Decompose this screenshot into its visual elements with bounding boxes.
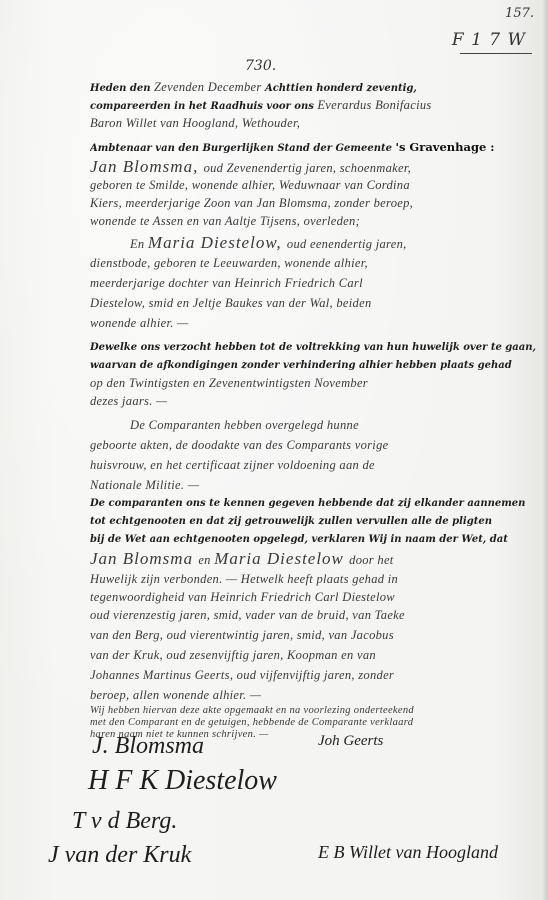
handwritten-text: Johannes Martinus Geerts, oud vijfenvijf… — [90, 668, 394, 682]
handwritten-text: Kiers, meerderjarige Zoon van Jan Blomsm… — [90, 196, 413, 210]
record-line: Diestelow, smid en Jeltje Baukes van der… — [90, 296, 538, 311]
record-line: wonende alhier. — — [90, 316, 538, 331]
record-line: tot echtgenooten en dat zij getrouwelijk… — [90, 514, 538, 529]
record-line: van den Berg, oud vierentwintig jaren, s… — [90, 628, 538, 643]
record-line: Huwelijk zijn verbonden. — Hetwelk heeft… — [90, 572, 538, 587]
signature-witness-berg: T v d Berg. — [72, 808, 177, 835]
record-line: bij de Wet aan echtgenooten opgelegd, ve… — [90, 532, 538, 547]
signature-witness-father: H F K Diestelow — [88, 765, 277, 797]
printed-text: tot echtgenooten en dat zij getrouwelijk… — [90, 516, 492, 527]
handwritten-text: Maria Diestelow — [214, 552, 349, 568]
handwritten-text: Wij hebben hiervan deze akte opgemaakt e… — [90, 705, 414, 716]
record-line: Dewelke ons verzocht hebben tot de voltr… — [90, 340, 538, 355]
handwritten-text: Nationale Militie. — — [90, 478, 199, 492]
signature-witness-geerts: Joh Geerts — [318, 733, 383, 750]
record-line: Baron Willet van Hoogland, Wethouder, — [90, 116, 538, 131]
printed-text: Dewelke ons verzocht hebben tot de voltr… — [90, 342, 536, 353]
record-line: geboren te Smilde, wonende alhier, Weduw… — [90, 178, 538, 193]
record-line: dienstbode, geboren te Leeuwarden, wonen… — [90, 256, 538, 271]
record-line: wonende te Assen en van Aaltje Tijsens, … — [90, 214, 538, 229]
record-line: tegenwoordigheid van Heinrich Friedrich … — [90, 590, 538, 605]
handwritten-text: Baron Willet van Hoogland, Wethouder, — [90, 116, 300, 130]
record-line: meerderjarige dochter van Heinrich Fried… — [90, 276, 538, 291]
record-line: oud vierenzestig jaren, smid, vader van … — [90, 608, 538, 623]
handwritten-text: wonende te Assen en van Aaltje Tijsens, … — [90, 214, 360, 228]
folio-number: 157. — [505, 6, 534, 21]
record-line: Ambtenaar van den Burgerlijken Stand der… — [90, 140, 538, 156]
printed-text: De comparanten ons te kennen gegeven heb… — [90, 498, 525, 509]
document-page: 157. F 1 7 W 730. Heden den Zevenden Dec… — [0, 0, 548, 900]
handwritten-text: meerderjarige dochter van Heinrich Fried… — [90, 276, 363, 290]
handwritten-text: Huwelijk zijn verbonden. — Hetwelk heeft… — [90, 572, 398, 586]
municipality-name: 's Gravenhage : — [395, 140, 494, 154]
handwritten-text: huisvrouw, en het certificaat zijner vol… — [90, 458, 375, 472]
handwritten-text: Jan Blomsma — [90, 552, 198, 568]
handwritten-text: Jan Blomsma, — [90, 160, 204, 176]
handwritten-text: Zevenden December — [154, 80, 265, 94]
signature-registrar: E B Willet van Hoogland — [318, 842, 498, 863]
handwritten-text: Diestelow, smid en Jeltje Baukes van der… — [90, 296, 372, 310]
record-line: Jan Blomsma, oud Zevenendertig jaren, sc… — [90, 160, 538, 176]
handwritten-text: Maria Diestelow, — [148, 236, 287, 252]
act-number: 730. — [245, 58, 276, 74]
record-line: Kiers, meerderjarige Zoon van Jan Blomsm… — [90, 196, 538, 211]
record-line: beroep, allen wonende alhier. — — [90, 688, 538, 703]
handwritten-text: Everardus Bonifacius — [317, 98, 431, 112]
handwritten-text: met den Comparant en de getuigen, hebben… — [90, 717, 413, 728]
handwritten-text: oud eenendertig jaren, — [287, 237, 407, 251]
handwritten-text: van der Kruk, oud zesenvijftig jaren, Ko… — [90, 648, 376, 662]
record-line: Johannes Martinus Geerts, oud vijfenvijf… — [90, 668, 538, 683]
handwritten-text: De Comparanten hebben overgelegd hunne — [130, 418, 359, 432]
handwritten-text: op den Twintigsten en Zevenentwintigsten… — [90, 376, 368, 390]
handwritten-text: En — [130, 237, 148, 251]
handwritten-text: geboren te Smilde, wonende alhier, Weduw… — [90, 178, 410, 192]
record-line: waarvan de afkondigingen zonder verhinde… — [90, 358, 538, 373]
handwritten-text: geboorte akten, de doodakte van des Comp… — [90, 438, 388, 452]
page-edge-shadow — [542, 0, 548, 900]
record-line: geboorte akten, de doodakte van des Comp… — [90, 438, 538, 453]
handwritten-text: oud vierenzestig jaren, smid, vader van … — [90, 608, 405, 622]
record-line: op den Twintigsten en Zevenentwintigsten… — [90, 376, 538, 391]
folio-mark: F 1 7 W — [452, 30, 526, 50]
handwritten-text: dienstbode, geboren te Leeuwarden, wonen… — [90, 256, 368, 270]
printed-text: Achttien honderd zeventig, — [265, 83, 417, 94]
record-line: De comparanten ons te kennen gegeven heb… — [90, 496, 538, 511]
record-line: De Comparanten hebben overgelegd hunne — [90, 418, 538, 433]
handwritten-text: van den Berg, oud vierentwintig jaren, s… — [90, 628, 394, 642]
record-line: Heden den Zevenden December Achttien hon… — [90, 80, 538, 96]
record-line: Jan Blomsma en Maria Diestelow door het — [90, 552, 538, 568]
record-line: huisvrouw, en het certificaat zijner vol… — [90, 458, 538, 473]
handwritten-text: dezes jaars. — — [90, 394, 167, 408]
record-line: van der Kruk, oud zesenvijftig jaren, Ko… — [90, 648, 538, 663]
record-line: Nationale Militie. — — [90, 478, 538, 493]
handwritten-text: oud Zevenendertig jaren, schoenmaker, — [204, 161, 411, 175]
printed-text: compareerden in het Raadhuis voor ons — [90, 101, 317, 112]
record-line: En Maria Diestelow, oud eenendertig jare… — [90, 236, 538, 252]
handwritten-text: en — [198, 553, 214, 567]
handwritten-text: wonende alhier. — — [90, 316, 189, 330]
printed-text: Heden den — [90, 83, 154, 94]
record-line: dezes jaars. — — [90, 394, 538, 409]
signature-witness-kruk: J van der Kruk — [48, 842, 191, 869]
printed-text: Ambtenaar van den Burgerlijken Stand der… — [90, 143, 395, 154]
printed-text: waarvan de afkondigingen zonder verhinde… — [90, 360, 512, 371]
handwritten-text: beroep, allen wonende alhier. — — [90, 688, 261, 702]
handwritten-text: tegenwoordigheid van Heinrich Friedrich … — [90, 590, 395, 604]
printed-text: bij de Wet aan echtgenooten opgelegd, ve… — [90, 534, 508, 545]
handwritten-text: door het — [349, 553, 393, 567]
record-line: compareerden in het Raadhuis voor ons Ev… — [90, 98, 538, 114]
signature-groom: J. Blomsma — [92, 733, 204, 760]
